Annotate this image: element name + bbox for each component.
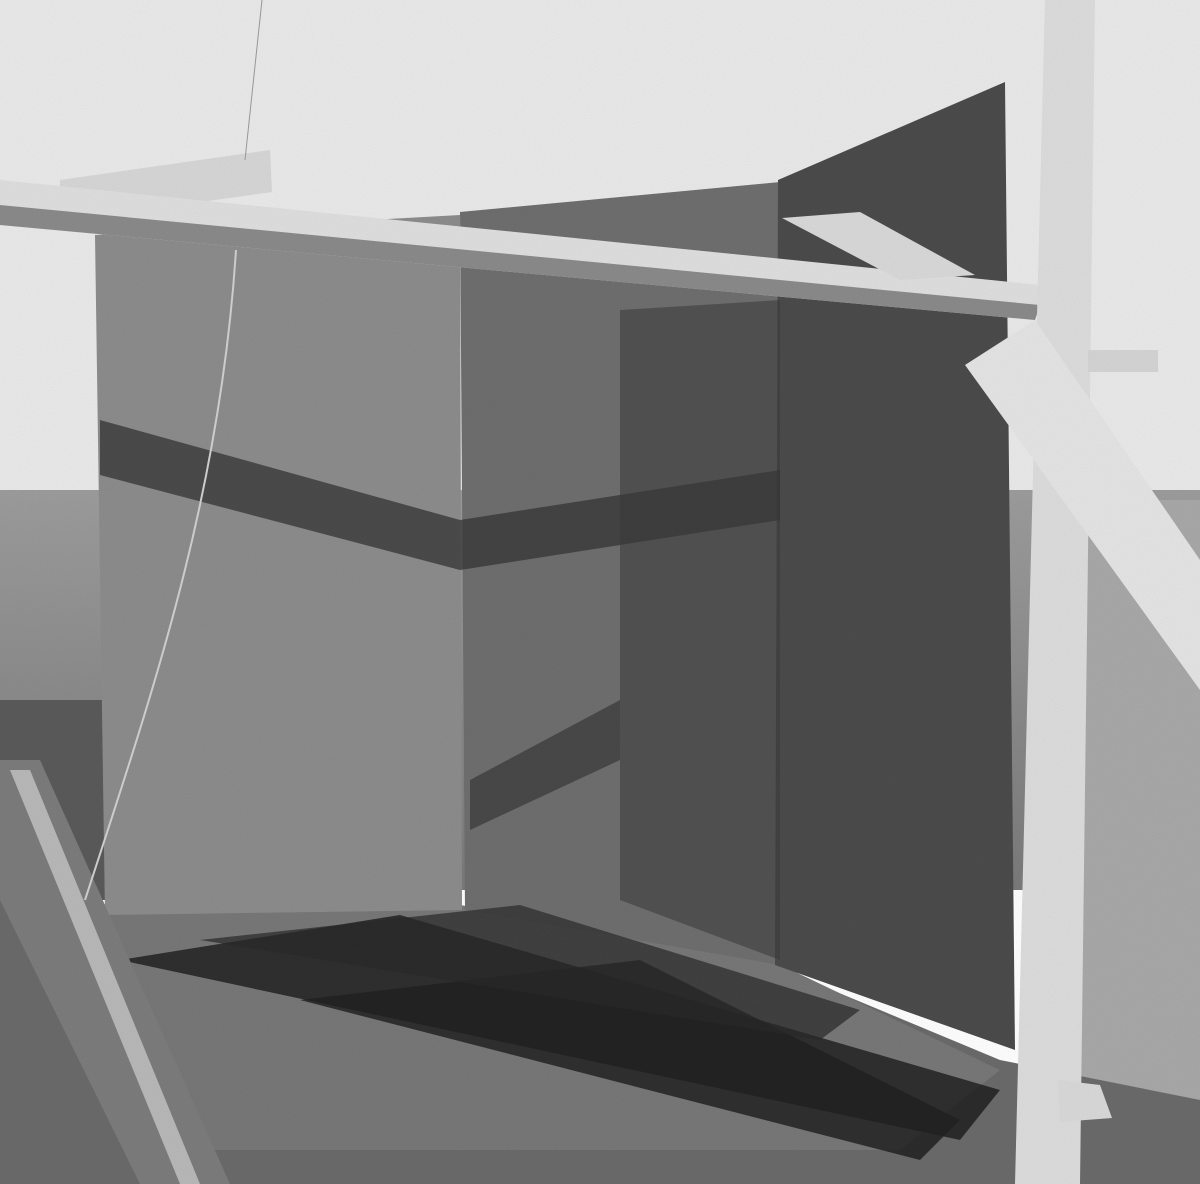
panel-left (95, 215, 462, 915)
photograph (0, 0, 1200, 1184)
